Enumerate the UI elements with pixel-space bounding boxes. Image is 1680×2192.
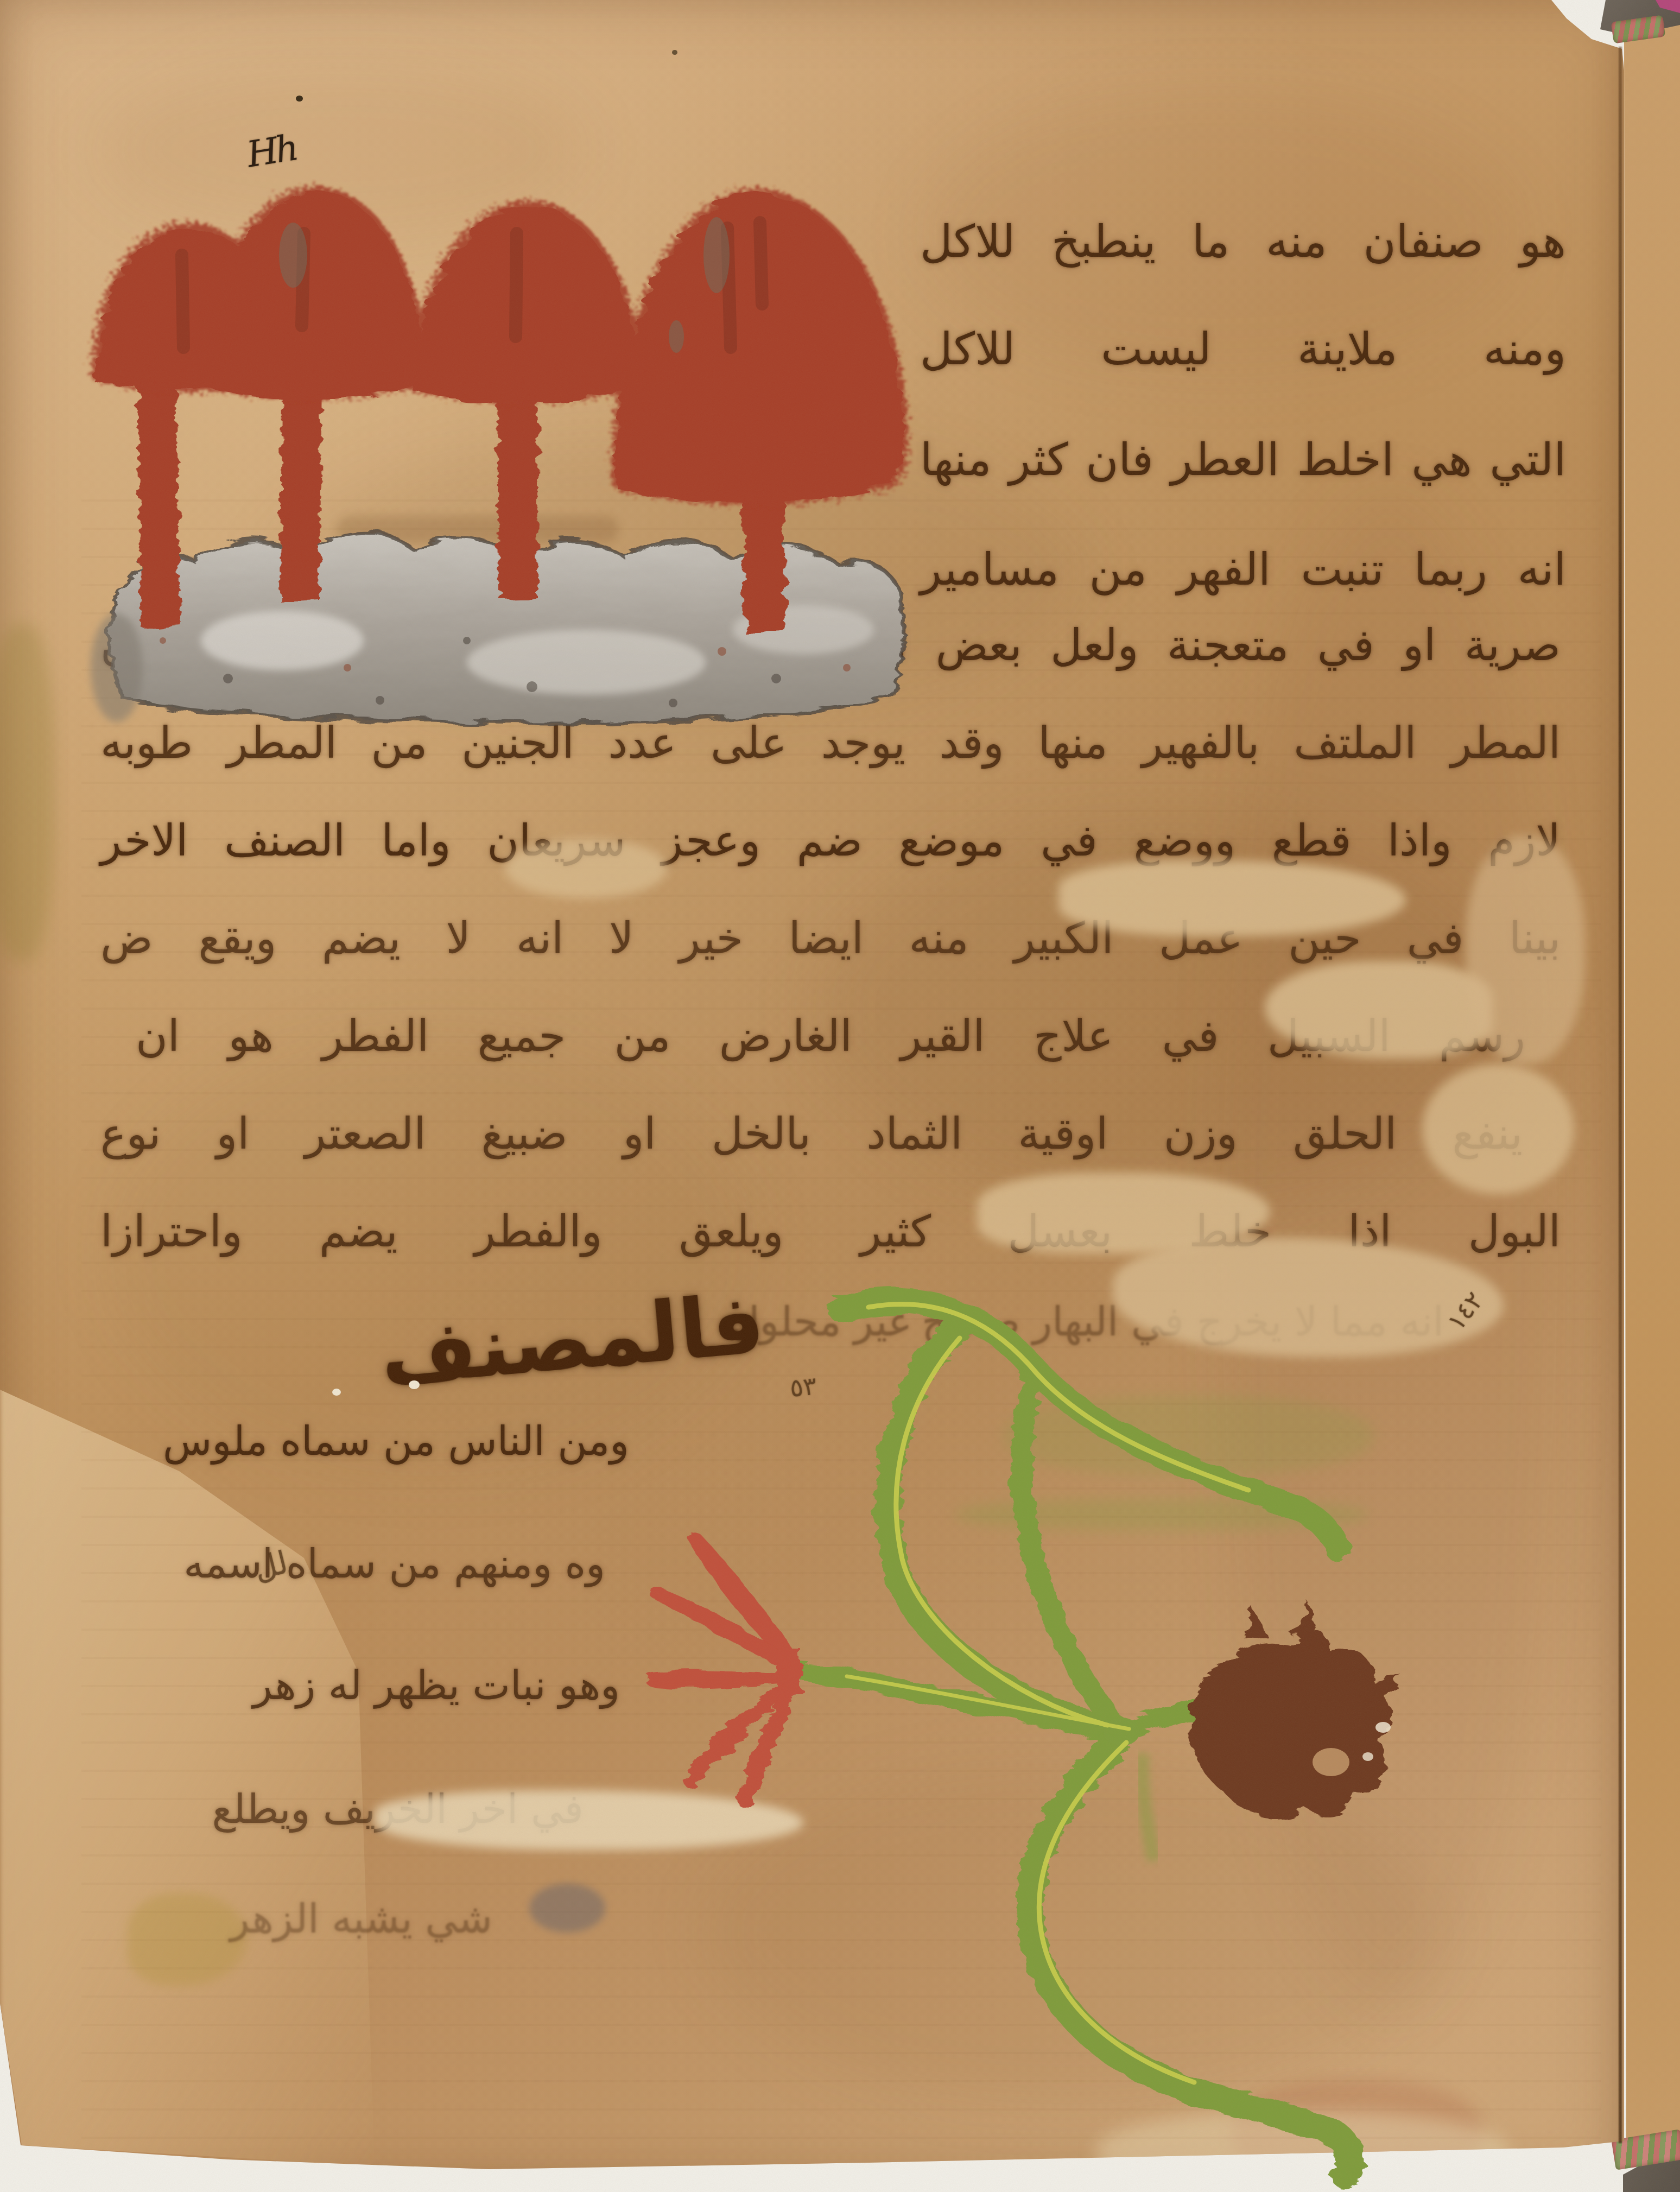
bleedthrough-ghost [179,565,597,598]
adjacent-page-edge [1622,0,1680,2192]
leaf-number-top: ٥٣ [185,237,220,274]
stain [98,60,586,239]
speck [296,96,303,102]
ink-smudge [529,1884,605,1933]
paper-flake [409,1380,420,1389]
abrasion-patch [1058,860,1406,936]
bleedthrough-ghost [337,516,619,543]
leaf-number-mid: ٥٣ [788,1371,819,1403]
manuscript-photo: هو صنفان منه ما ينطبخ للاكل ومنه ملاينة … [0,0,1680,2192]
text-line: لازم واذا قطع ووضع في موضع ضم وعجز سريعا… [100,815,1561,866]
text-line: ومنه ملاينة ليست للاكل [920,324,1566,375]
speck [672,50,677,55]
gutter-crease [1619,47,1622,2143]
olive-edge-stain [0,624,54,961]
folio-page: هو صنفان منه ما ينطبخ للاكل ومنه ملاينة … [0,0,1624,2192]
text-line: المطر الملتف بالفهير منها وقد يوجد على ع… [100,718,1561,768]
paper-flake [332,1389,341,1396]
faded-text-line: شي يشبه الزهر [230,1896,492,1942]
text-line: التي هي اخلط العطر فان كثر منها [920,434,1566,486]
text-line: هو صنفان منه ما ينطبخ للاكل [920,216,1566,268]
text-line: ومن الناس من سماه ملوس [163,1418,629,1465]
abrasion-patch [1422,1064,1574,1194]
text-line: وهو نبات يظهر له زهر [253,1662,620,1709]
abrasion-patch [1466,836,1585,1064]
paper-flake [882,639,896,650]
text-line: وه ومنهم من سماه اسمه [183,1541,605,1587]
speck [1107,1752,1116,1759]
abrasion-patch [505,839,668,898]
text-line: صرية او في متعجنة ولعل بعض العوام الفطر … [100,620,1561,670]
text-line: ينفع الحلق وزن اوقية الثماد بالخل او ضبي… [100,1108,1523,1159]
collector-mark: Hh [244,126,299,175]
text-line: انه ربما تنبت الفهر من مسامير [920,544,1566,595]
